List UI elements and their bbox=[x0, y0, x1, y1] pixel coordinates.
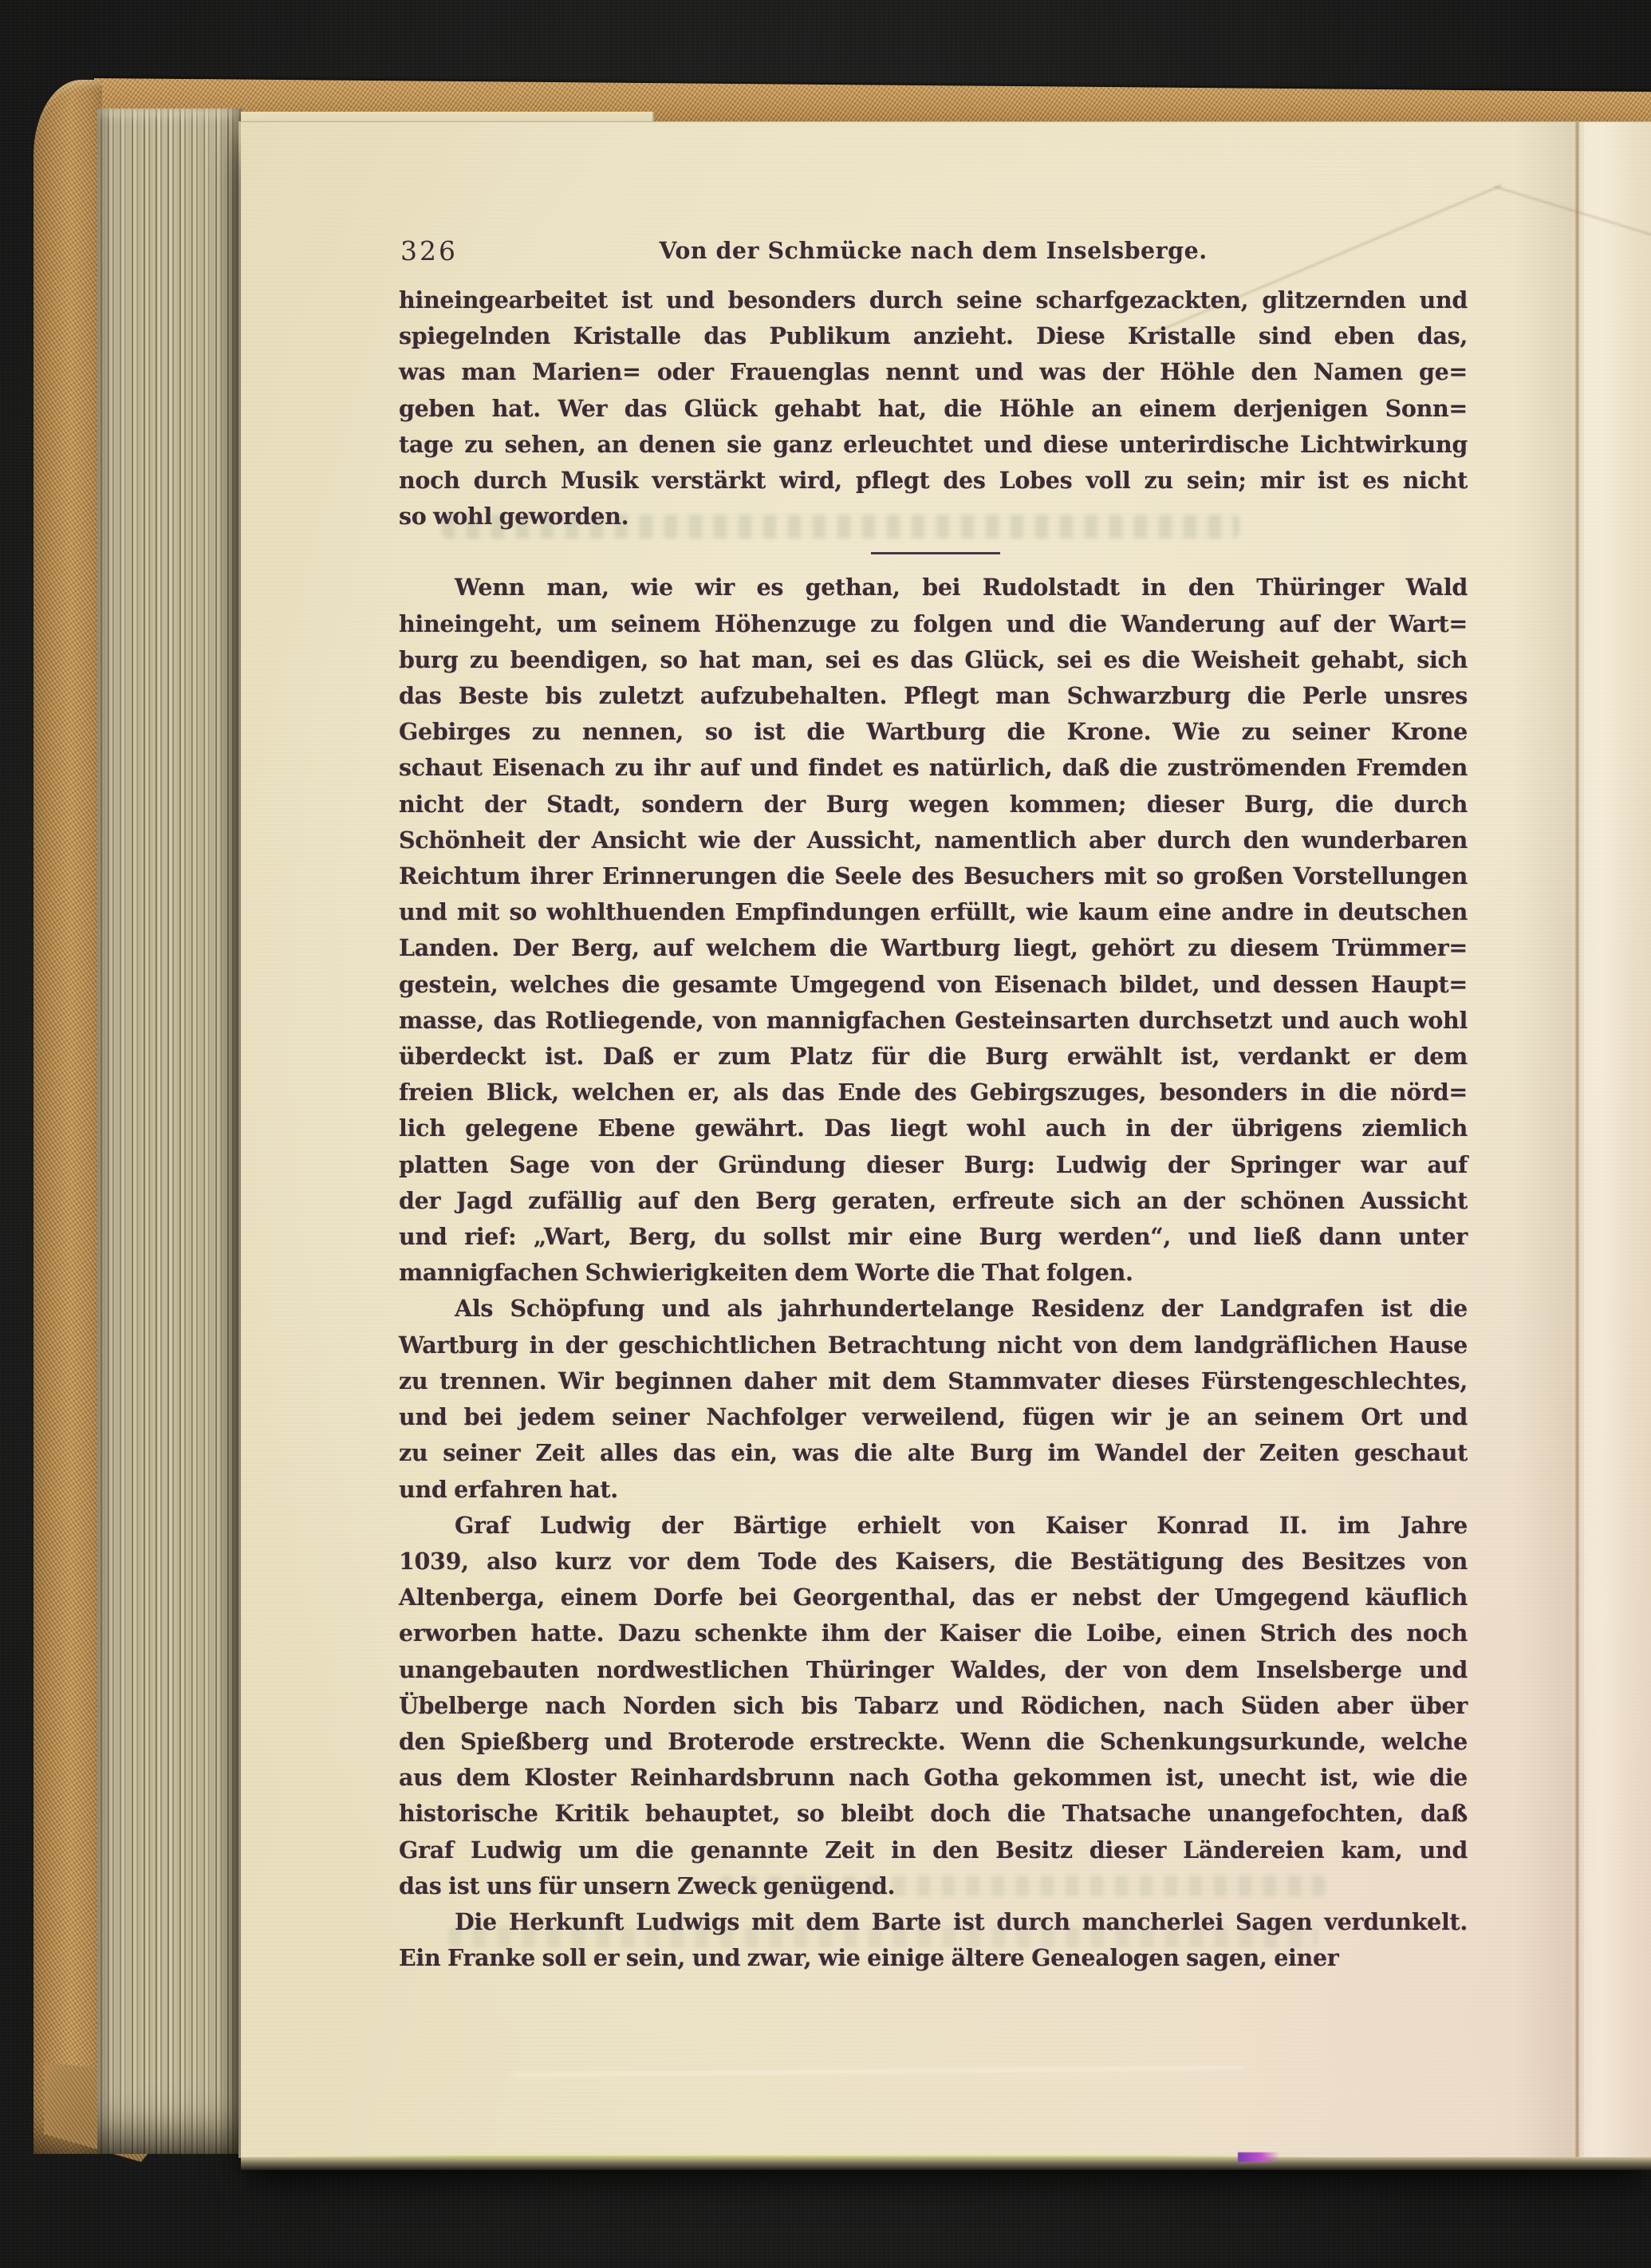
text-line: 1039, also kurz vor dem Tode des Kaisers… bbox=[399, 1544, 1468, 1580]
text-line: Graf Ludwig um die genannte Zeit in den … bbox=[399, 1832, 1468, 1868]
text-line: platten Sage von der Gründung dieser Bur… bbox=[399, 1147, 1468, 1183]
text-line: aus dem Kloster Reinhardsbrunn nach Goth… bbox=[399, 1760, 1468, 1796]
text-line: tage zu sehen, an denen sie ganz erleuch… bbox=[399, 427, 1468, 463]
book-page: 326 Von der Schmücke nach dem Inselsberg… bbox=[241, 121, 1651, 2158]
paper-wrinkle bbox=[512, 2066, 1246, 2077]
section-divider bbox=[399, 534, 1468, 570]
text-line: schaut Eisenach zu ihr auf und findet es… bbox=[399, 750, 1468, 786]
paragraph: Die Herkunft Ludwigs mit dem Barte ist d… bbox=[399, 1904, 1468, 1976]
text-line: noch durch Musik verstärkt wird, pflegt … bbox=[399, 463, 1468, 499]
text-line: Gebirges zu nennen, so ist die Wartburg … bbox=[399, 714, 1468, 750]
text-line: und rief: „Wart, Berg, du sollst mir ein… bbox=[399, 1219, 1468, 1255]
text-line: und mit so wohlthuenden Empfindungen erf… bbox=[399, 894, 1468, 930]
text-line: und bei jedem seiner Nachfolger verweile… bbox=[399, 1399, 1468, 1435]
book-cover-spine bbox=[33, 80, 102, 2154]
text-line: zu seiner Zeit alles das ein, was die al… bbox=[399, 1435, 1468, 1471]
text-line: Übelberge nach Norden sich bis Tabarz un… bbox=[399, 1688, 1468, 1724]
colored-edge-magenta bbox=[1238, 2152, 1279, 2162]
text-line: hineingeht, um seinem Höhenzuge zu folge… bbox=[399, 606, 1468, 642]
text-line: masse, das Rotliegende, von mannigfachen… bbox=[399, 1003, 1468, 1039]
text-line: freien Blick, welchen er, als das Ende d… bbox=[399, 1075, 1468, 1110]
text-line: Reichtum ihrer Erinnerungen die Seele de… bbox=[399, 858, 1468, 894]
text-line: gestein, welches die gesamte Umgegend vo… bbox=[399, 967, 1468, 1003]
paragraph: hineingearbeitet ist und besonders durch… bbox=[399, 282, 1468, 534]
text-line: lich gelegene Ebene gewährt. Das liegt w… bbox=[399, 1110, 1468, 1146]
paragraph: Wenn man, wie wir es gethan, bei Rudolst… bbox=[399, 570, 1468, 1291]
text-line: burg zu beendigen, so hat man, sei es da… bbox=[399, 642, 1468, 678]
text-line: Altenberga, einem Dorfe bei Georgenthal,… bbox=[399, 1580, 1468, 1615]
text-line: nicht der Stadt, sondern der Burg wegen … bbox=[399, 787, 1468, 822]
text-line: und erfahren hat. bbox=[399, 1472, 1468, 1508]
colored-edge-green bbox=[263, 2156, 1308, 2159]
text-line: Ein Franke soll er sein, und zwar, wie e… bbox=[399, 1940, 1468, 1976]
text-line: erworben hatte. Dazu schenkte ihm der Ka… bbox=[399, 1615, 1468, 1651]
text-line: den Spießberg und Broterode erstreckte. … bbox=[399, 1724, 1468, 1760]
text-line: historische Kritik behauptet, so bleibt … bbox=[399, 1796, 1468, 1832]
text-line: hineingearbeitet ist und besonders durch… bbox=[399, 282, 1468, 318]
text-line: Wenn man, wie wir es gethan, bei Rudolst… bbox=[399, 570, 1468, 605]
text-line: Die Herkunft Ludwigs mit dem Barte ist d… bbox=[399, 1904, 1468, 1940]
scanned-book-photo: 326 Von der Schmücke nach dem Inselsberg… bbox=[0, 0, 1651, 2268]
text-line: so wohl geworden. bbox=[399, 499, 1468, 534]
facing-page-sliver bbox=[1584, 122, 1651, 2158]
page-bottom-under-edge bbox=[241, 2157, 1651, 2170]
text-line: geben hat. Wer das Glück gehabt hat, die… bbox=[399, 391, 1468, 427]
text-line: der Jagd zufällig auf den Berg geraten, … bbox=[399, 1183, 1468, 1219]
text-line: mannigfachen Schwierigkeiten dem Worte d… bbox=[399, 1255, 1468, 1291]
text-line: Wartburg in der geschichtlichen Betracht… bbox=[399, 1327, 1468, 1363]
text-line: das ist uns für unsern Zweck genügend. bbox=[399, 1868, 1468, 1904]
paragraph: Graf Ludwig der Bärtige erhielt von Kais… bbox=[399, 1508, 1468, 1904]
text-block: hineingearbeitet ist und besonders durch… bbox=[399, 282, 1468, 1976]
paragraph: Als Schöpfung und als jahrhundertelange … bbox=[399, 1291, 1468, 1507]
text-line: spiegelnden Kristalle das Publikum anzie… bbox=[399, 318, 1468, 354]
text-line: Landen. Der Berg, auf welchem die Wartbu… bbox=[399, 930, 1468, 966]
text-block-area: 326 Von der Schmücke nach dem Inselsberg… bbox=[399, 234, 1468, 1976]
text-line: Als Schöpfung und als jahrhundertelange … bbox=[399, 1291, 1468, 1327]
running-title: Von der Schmücke nach dem Inselsberge. bbox=[399, 234, 1468, 264]
text-line: überdeckt ist. Daß er zum Platz für die … bbox=[399, 1039, 1468, 1075]
text-line: unangebauten nordwestlichen Thüringer Wa… bbox=[399, 1652, 1468, 1688]
page-number: 326 bbox=[400, 235, 458, 266]
page-header: 326 Von der Schmücke nach dem Inselsberg… bbox=[399, 234, 1468, 270]
text-line: zu trennen. Wir beginnen daher mit dem S… bbox=[399, 1363, 1468, 1399]
text-line: Graf Ludwig der Bärtige erhielt von Kais… bbox=[399, 1508, 1468, 1544]
gutter-fold-line bbox=[1574, 122, 1580, 2158]
text-line: was man Marien= oder Frauenglas nennt un… bbox=[399, 354, 1468, 390]
text-line: das Beste bis zuletzt aufzubehalten. Pfl… bbox=[399, 678, 1468, 714]
text-line: Schönheit der Ansicht wie der Aussicht, … bbox=[399, 822, 1468, 858]
page-edge-stack bbox=[97, 108, 242, 2154]
